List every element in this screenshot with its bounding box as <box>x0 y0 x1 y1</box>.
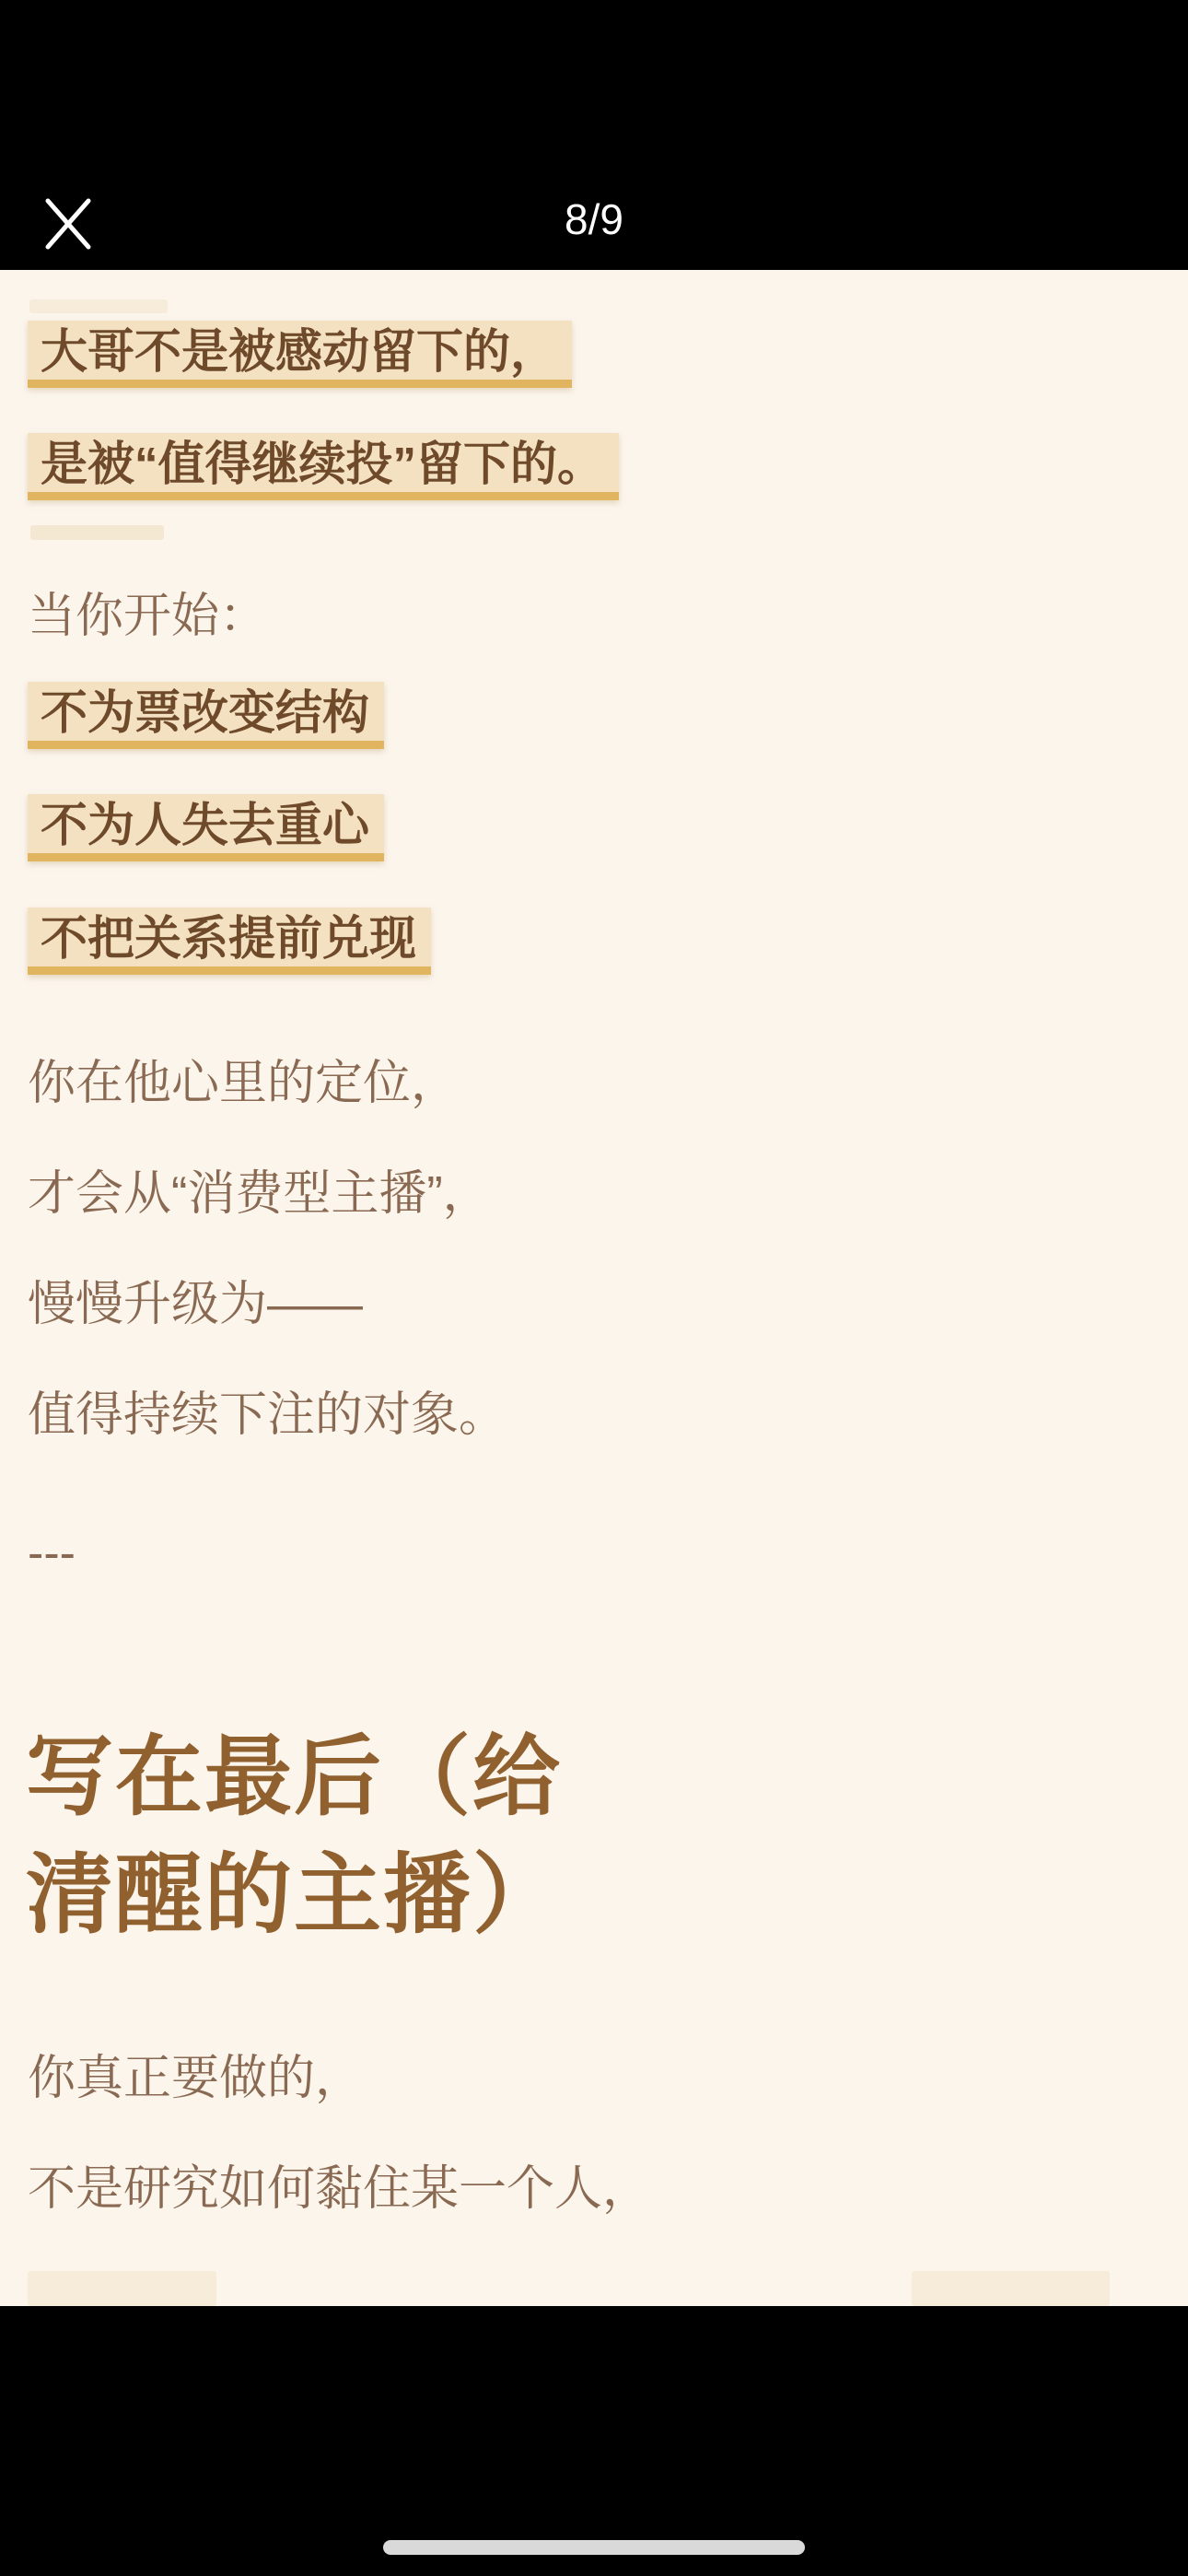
viewer-footer <box>0 2306 1188 2576</box>
partial-highlight-bar <box>30 525 164 540</box>
highlighted-line: 是被“值得继续投”留下的。 <box>28 433 619 500</box>
highlighted-line: 大哥不是被感动留下的， <box>28 321 572 388</box>
text-line: 慢慢升级为—— <box>28 1276 363 1333</box>
highlighted-line: 不把关系提前兑现 <box>28 907 431 975</box>
text-line: 值得持续下注的对象。 <box>28 1387 507 1444</box>
home-indicator[interactable] <box>383 2540 805 2555</box>
text-line: 你在他心里的定位， <box>28 1055 459 1112</box>
partial-highlight-bar <box>28 2271 216 2306</box>
partial-highlight-bar <box>912 2271 1110 2306</box>
highlighted-line: 不为票改变结构 <box>28 682 384 749</box>
partial-highlight-bar <box>29 299 168 313</box>
text-line: 才会从“消费型主播”， <box>28 1165 491 1223</box>
page-indicator: 8/9 <box>0 195 1188 243</box>
text-line: 你真正要做的， <box>28 2050 363 2107</box>
section-heading: 写在最后（给 清醒的主播） <box>26 1718 562 1954</box>
divider-dashes: --- <box>28 1525 76 1582</box>
phone-screen: 8/9 大哥不是被感动留下的， 是被“值得继续投”留下的。 当你开始： 不为票改… <box>0 0 1188 2576</box>
viewer-header: 8/9 <box>0 0 1188 270</box>
highlighted-line: 不为人失去重心 <box>28 794 384 861</box>
image-viewport[interactable]: 大哥不是被感动留下的， 是被“值得继续投”留下的。 当你开始： 不为票改变结构 … <box>0 270 1188 2306</box>
text-line: 当你开始： <box>28 588 267 645</box>
text-line: 不是研究如何黏住某一个人， <box>28 2160 650 2218</box>
